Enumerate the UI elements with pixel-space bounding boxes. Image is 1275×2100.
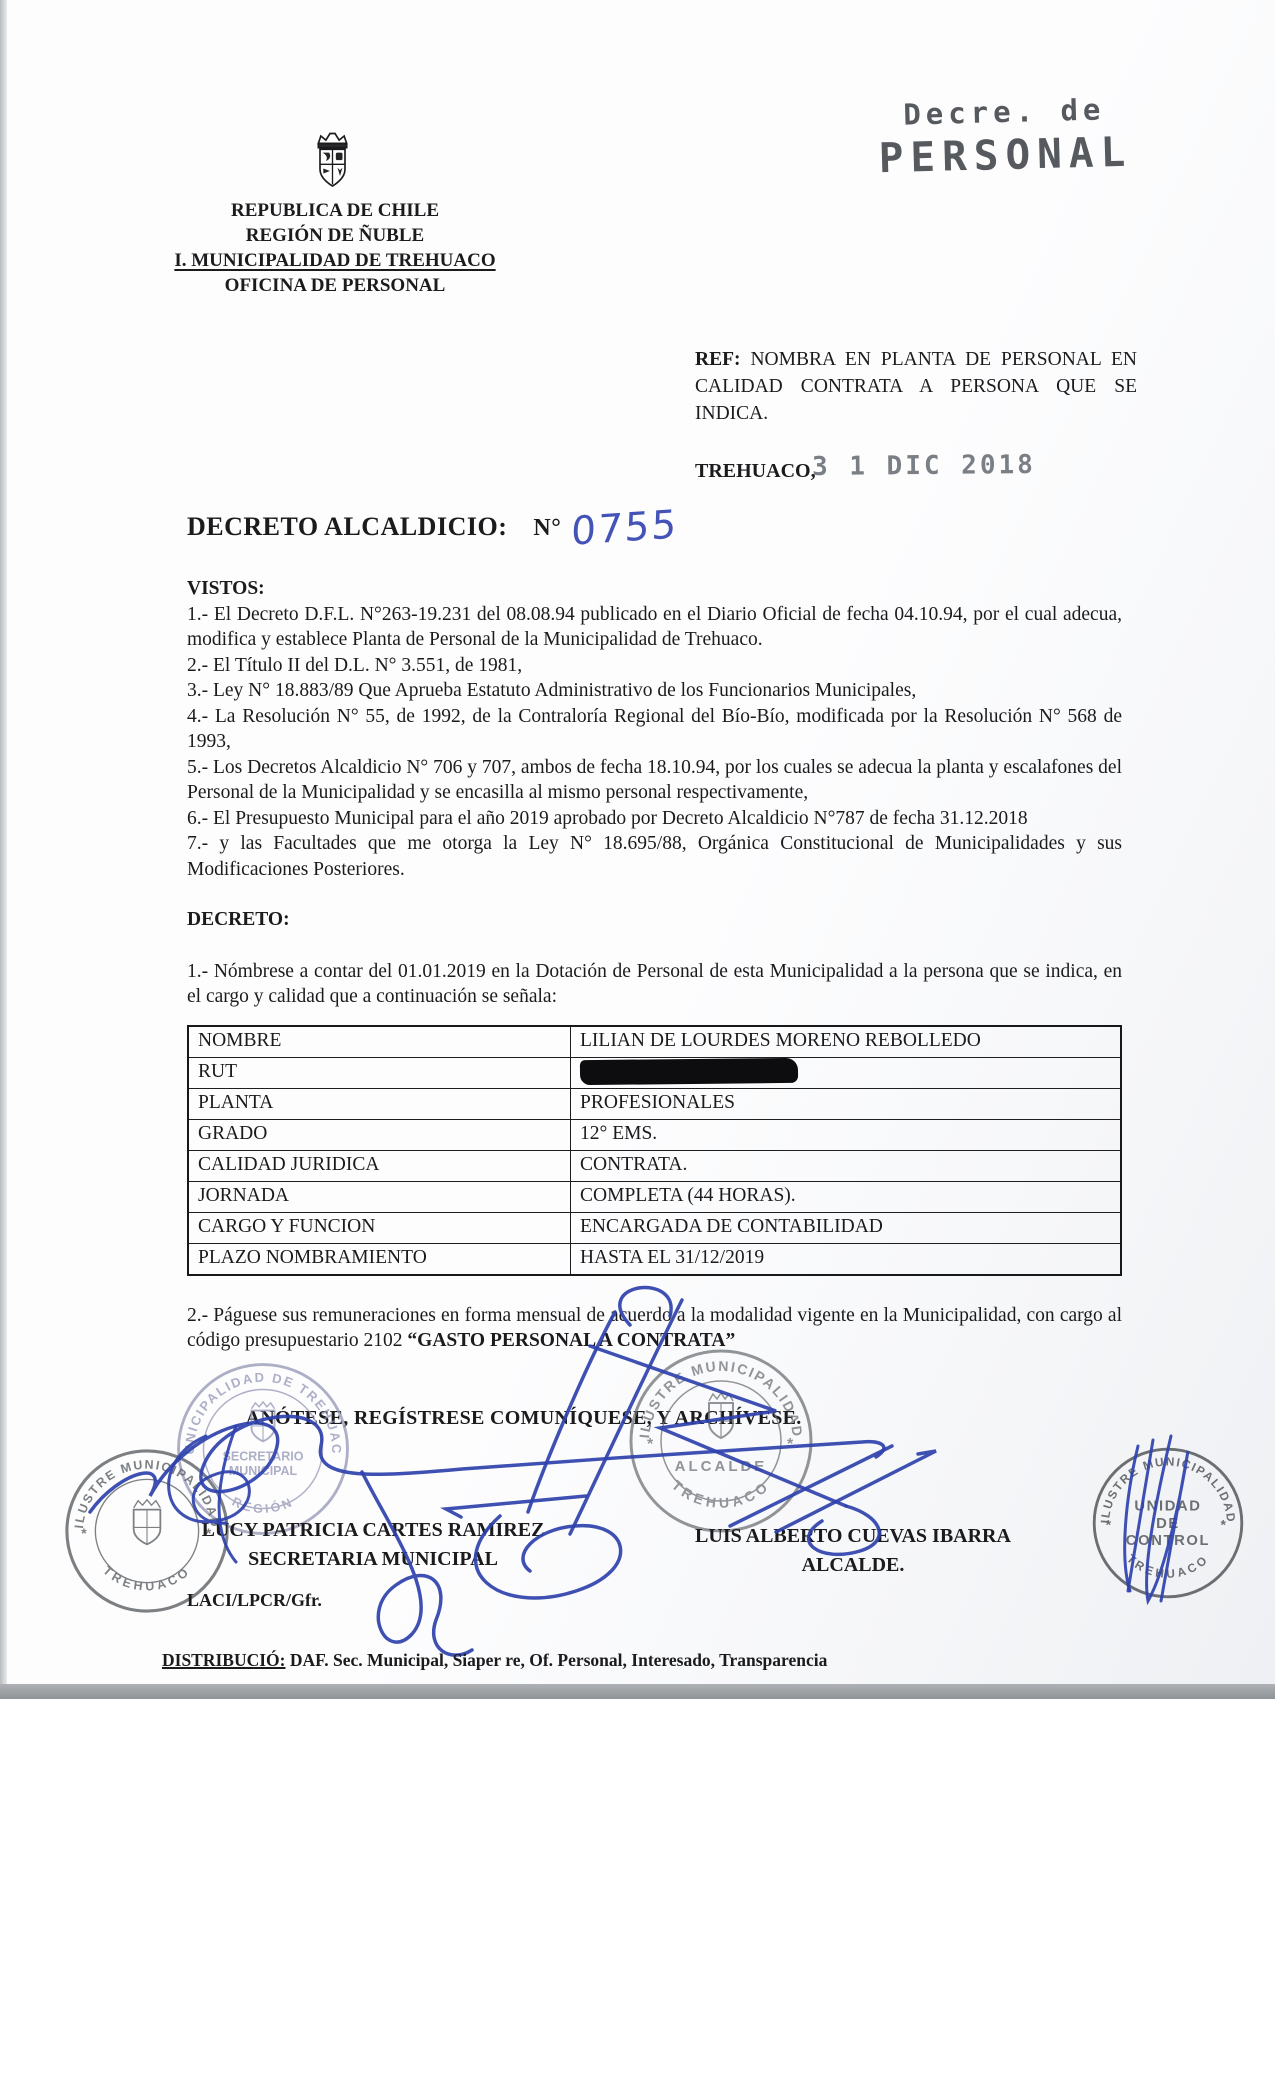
vistos-item: 2.- El Título II del D.L. N° 3.551, de 1… bbox=[187, 653, 1122, 679]
table-row: RUT bbox=[188, 1057, 1121, 1088]
alcalde-signature-block: LUIS ALBERTO CUEVAS IBARRA ALCALDE. bbox=[648, 1522, 1058, 1580]
scanned-decree-document: REPUBLICA DE CHILE REGIÓN DE ÑUBLE I. MU… bbox=[0, 0, 1275, 2100]
decree-title-label: DECRETO ALCALDICIO: bbox=[187, 512, 507, 541]
row-label: GRADO bbox=[188, 1119, 571, 1150]
table-row: NOMBRE LILIAN DE LOURDES MORENO REBOLLED… bbox=[188, 1026, 1121, 1058]
row-value: HASTA EL 31/12/2019 bbox=[571, 1243, 1121, 1275]
personal-decree-stamp-line1: Decre. de bbox=[839, 91, 1170, 134]
row-value: 12° EMS. bbox=[571, 1119, 1121, 1150]
alcalde-stamp: ILUSTRE MUNICIPALIDAD TREHUACO ALCALDE *… bbox=[621, 1341, 821, 1541]
stamp-shield-icon bbox=[709, 1393, 733, 1438]
table-row: JORNADA COMPLETA (44 HORAS). bbox=[188, 1181, 1121, 1212]
coat-of-arms-icon bbox=[310, 130, 360, 192]
vistos-item: 4.- La Resolución N° 55, de 1992, de la … bbox=[187, 704, 1122, 755]
row-value: CONTRATA. bbox=[571, 1150, 1121, 1181]
vistos-item: 6.- El Presupuesto Municipal para el año… bbox=[187, 806, 1122, 832]
distribution-label: DISTRIBUCIÓ: bbox=[162, 1650, 286, 1670]
vistos-item: 1.- El Decreto D.F.L. N°263-19.231 del 0… bbox=[187, 602, 1122, 653]
stamp-star: * bbox=[787, 1436, 794, 1453]
stamp-star: * bbox=[1106, 1517, 1112, 1533]
row-label: PLANTA bbox=[188, 1088, 571, 1119]
letterhead-line4: OFICINA DE PERSONAL bbox=[150, 273, 520, 298]
appointment-table: NOMBRE LILIAN DE LOURDES MORENO REBOLLED… bbox=[187, 1025, 1122, 1276]
row-label: NOMBRE bbox=[188, 1026, 571, 1058]
row-label: JORNADA bbox=[188, 1181, 571, 1212]
decree-number-prefix: N° bbox=[533, 515, 561, 541]
row-label: PLAZO NOMBRAMIENTO bbox=[188, 1243, 571, 1275]
row-label: CARGO Y FUNCION bbox=[188, 1212, 571, 1243]
letterhead-line1: REPUBLICA DE CHILE bbox=[150, 198, 520, 223]
stamp-center-text: MUNICIPAL bbox=[229, 1464, 298, 1478]
stamp-shield-icon bbox=[134, 1500, 161, 1545]
svg-text:TREHUACO: TREHUACO bbox=[1124, 1551, 1212, 1580]
stamp-ring-text: TREHUACO bbox=[669, 1477, 773, 1511]
stamp-shield-icon bbox=[251, 1402, 274, 1441]
personal-decree-stamp-line2: PERSONAL bbox=[840, 127, 1171, 184]
date-stamp: 3 1 DIC 2018 bbox=[812, 450, 1036, 482]
scan-left-edge bbox=[0, 0, 7, 1684]
letterhead: REPUBLICA DE CHILE REGIÓN DE ÑUBLE I. MU… bbox=[150, 130, 520, 298]
redaction-box bbox=[580, 1058, 798, 1085]
stamp-star: * bbox=[647, 1436, 654, 1453]
personal-decree-stamp: Decre. de PERSONAL bbox=[839, 91, 1171, 184]
row-value: LILIAN DE LOURDES MORENO REBOLLEDO bbox=[571, 1026, 1121, 1058]
stamp-center-text: ALCALDE bbox=[675, 1458, 768, 1475]
vistos-item: 7.- y las Facultades que me otorga la Le… bbox=[187, 831, 1122, 882]
decree-body: VISTOS: 1.- El Decreto D.F.L. N°263-19.2… bbox=[187, 576, 1122, 1431]
stamp-center-text: UNIDAD bbox=[1134, 1499, 1201, 1515]
ref-text: NOMBRA EN PLANTA DE PERSONAL EN CALIDAD … bbox=[695, 349, 1137, 424]
row-value: COMPLETA (44 HORAS). bbox=[571, 1181, 1121, 1212]
vistos-item: 5.- Los Decretos Alcaldicio N° 706 y 707… bbox=[187, 755, 1122, 806]
row-value bbox=[571, 1057, 1121, 1088]
secretaria-signature-block: LUCY PATRICIA CARTES RAMIREZ SECRETARIA … bbox=[168, 1516, 578, 1574]
stamp-star: * bbox=[1220, 1517, 1226, 1533]
scan-page-bottom-edge bbox=[0, 1684, 1275, 1699]
vistos-item: 3.- Ley N° 18.883/89 Que Aprueba Estatut… bbox=[187, 678, 1122, 704]
distribution-line: DISTRIBUCIÓ: DAF. Sec. Municipal, Siaper… bbox=[162, 1650, 827, 1671]
svg-text:REGIÓN: REGIÓN bbox=[230, 1495, 296, 1517]
decree-title: DECRETO ALCALDICIO:N°0755 bbox=[187, 512, 679, 542]
row-label: RUT bbox=[188, 1057, 571, 1088]
row-value: PROFESIONALES bbox=[571, 1088, 1121, 1119]
vistos-heading: VISTOS: bbox=[187, 576, 1122, 602]
secretaria-title: SECRETARIA MUNICIPAL bbox=[168, 1545, 578, 1574]
table-row: CARGO Y FUNCION ENCARGADA DE CONTABILIDA… bbox=[188, 1212, 1121, 1243]
row-value: ENCARGADA DE CONTABILIDAD bbox=[571, 1212, 1121, 1243]
alcalde-name: LUIS ALBERTO CUEVAS IBARRA bbox=[648, 1522, 1058, 1551]
stamp-center-text: CONTROL bbox=[1126, 1533, 1210, 1549]
distribution-text: DAF. Sec. Municipal, Siaper re, Of. Pers… bbox=[286, 1650, 828, 1670]
secretaria-name: LUCY PATRICIA CARTES RAMIREZ bbox=[168, 1516, 578, 1545]
stamp-star: * bbox=[81, 1526, 87, 1542]
decree-number-handwritten: 0755 bbox=[571, 525, 678, 532]
stamp-ring-text: TREHUACO bbox=[1124, 1551, 1212, 1580]
table-row: GRADO 12° EMS. bbox=[188, 1119, 1121, 1150]
stamp-ring-text: REGIÓN bbox=[230, 1495, 296, 1517]
alcalde-title: ALCALDE. bbox=[648, 1551, 1058, 1580]
letterhead-line3: I. MUNICIPALIDAD DE TREHUACO bbox=[150, 248, 520, 273]
table-row: CALIDAD JURIDICA CONTRATA. bbox=[188, 1150, 1121, 1181]
letterhead-line2: REGIÓN DE ÑUBLE bbox=[150, 223, 520, 248]
svg-text:TREHUACO: TREHUACO bbox=[669, 1477, 773, 1511]
table-row: PLANTA PROFESIONALES bbox=[188, 1088, 1121, 1119]
unidad-de-control-stamp: ILUSTRE MUNICIPALIDAD TREHUACO UNIDAD DE… bbox=[1086, 1441, 1250, 1605]
stamp-center-text: DE bbox=[1156, 1516, 1180, 1532]
ref-paragraph: REF: NOMBRA EN PLANTA DE PERSONAL EN CAL… bbox=[695, 346, 1137, 427]
table-row: PLAZO NOMBRAMIENTO HASTA EL 31/12/2019 bbox=[188, 1243, 1121, 1275]
decreto-paragraph-1: 1.- Nómbrese a contar del 01.01.2019 en … bbox=[187, 959, 1122, 1010]
place-line: TREHUACO, bbox=[695, 460, 816, 483]
initials-line: LACI/LPCR/Gfr. bbox=[187, 1590, 322, 1611]
decreto-heading: DECRETO: bbox=[187, 907, 1122, 933]
row-label: CALIDAD JURIDICA bbox=[188, 1150, 571, 1181]
ref-label: REF: bbox=[695, 349, 741, 370]
